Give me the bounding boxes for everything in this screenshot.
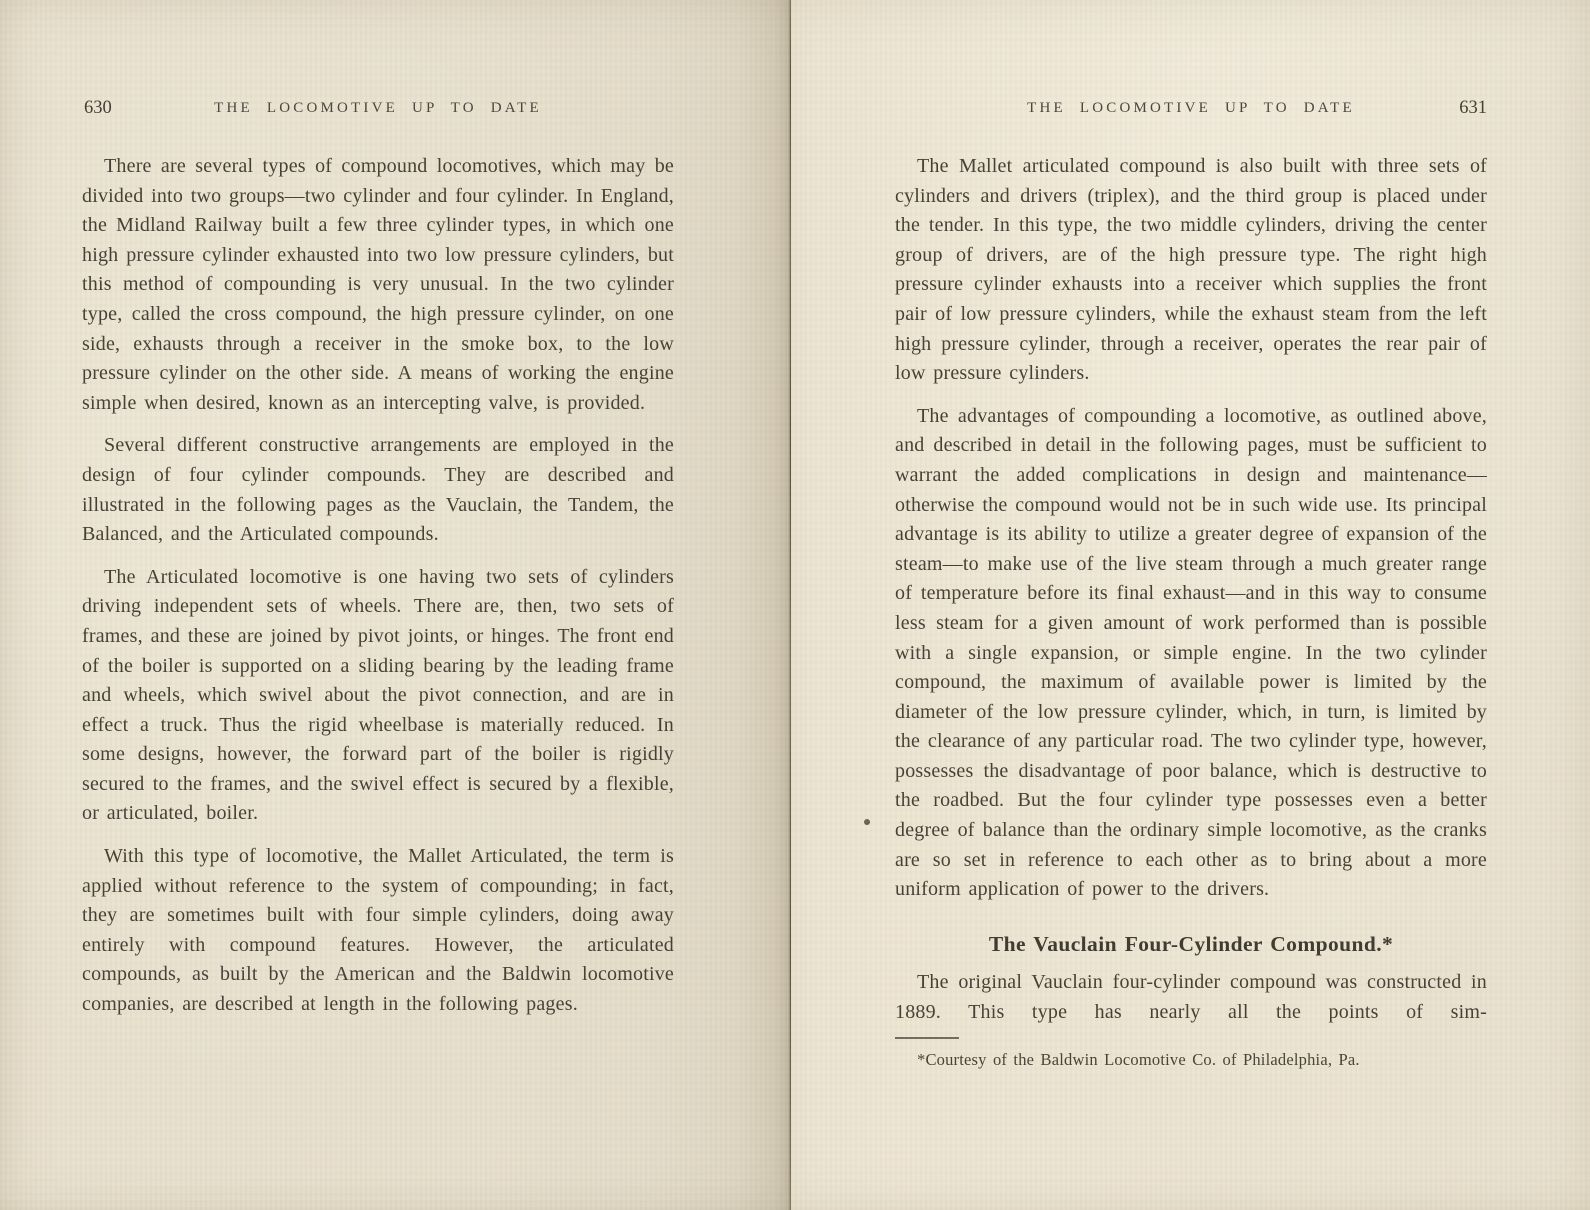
paragraph: The Mallet articulated compound is also … (895, 152, 1487, 389)
right-page: THE LOCOMOTIVE UP TO DATE 631 The Mallet… (791, 0, 1590, 1210)
paragraph: There are several types of compound loco… (82, 152, 674, 418)
footnote-block: *Courtesy of the Baldwin Locomotive Co. … (895, 1037, 1487, 1071)
footnote: *Courtesy of the Baldwin Locomotive Co. … (895, 1048, 1487, 1071)
right-page-header: THE LOCOMOTIVE UP TO DATE 631 (895, 100, 1487, 124)
left-page-content: 630 THE LOCOMOTIVE UP TO DATE There are … (82, 100, 674, 1020)
left-page-number: 630 (84, 98, 112, 119)
left-page-header: 630 THE LOCOMOTIVE UP TO DATE (82, 100, 674, 124)
right-page-text: The Mallet articulated compound is also … (895, 152, 1487, 1071)
right-page-number: 631 (1459, 98, 1487, 119)
left-page-text: There are several types of compound loco… (82, 152, 674, 1020)
running-head: THE LOCOMOTIVE UP TO DATE (82, 100, 674, 117)
section-heading: The Vauclain Four-Cylinder Compound.* (895, 930, 1487, 960)
right-page-content: THE LOCOMOTIVE UP TO DATE 631 The Mallet… (895, 100, 1487, 1071)
paragraph: The Articulated locomotive is one having… (82, 563, 674, 829)
book-spread: 630 THE LOCOMOTIVE UP TO DATE There are … (0, 0, 1590, 1210)
running-head: THE LOCOMOTIVE UP TO DATE (895, 100, 1487, 117)
footnote-rule (895, 1037, 959, 1039)
ink-speck (864, 819, 870, 825)
paragraph: Several different constructive arrangeme… (82, 431, 674, 549)
left-page: 630 THE LOCOMOTIVE UP TO DATE There are … (0, 0, 791, 1210)
paragraph: The original Vauclain four-cylinder comp… (895, 968, 1487, 1027)
paragraph: The advantages of compounding a locomoti… (895, 402, 1487, 905)
paragraph: With this type of locomotive, the Mallet… (82, 842, 674, 1020)
